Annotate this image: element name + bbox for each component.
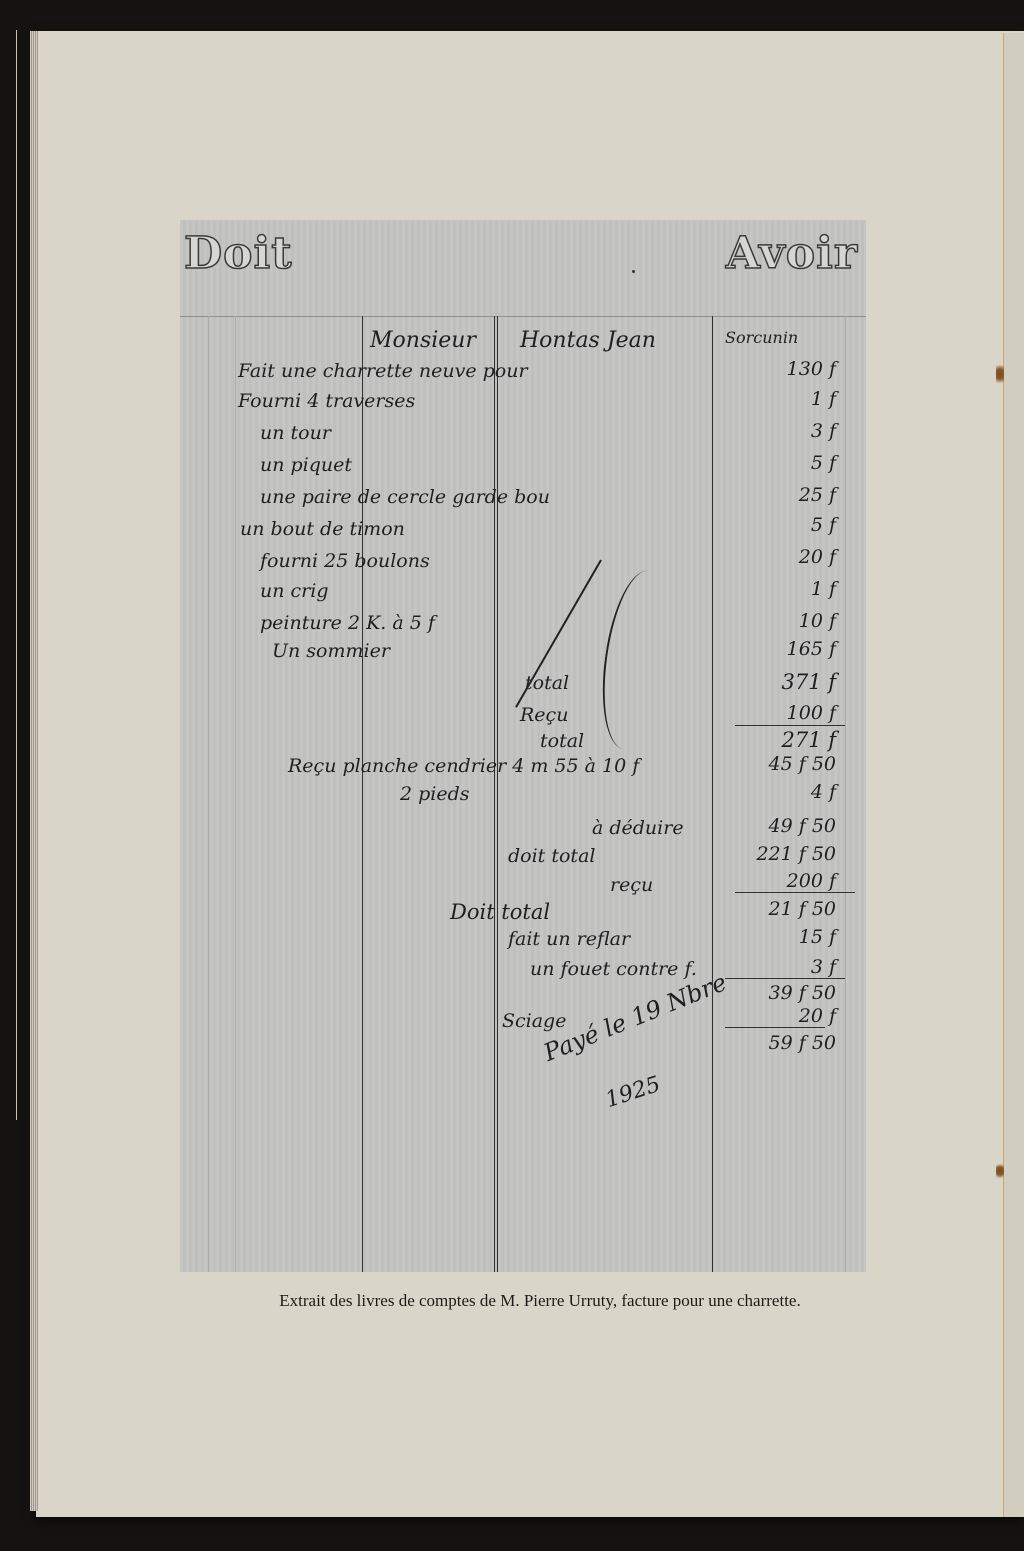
- column-double-rule: [494, 316, 495, 1272]
- ledger-heading-doit: Doit: [184, 228, 293, 279]
- ledger-entry: peinture 2 K. à 5 f: [260, 612, 435, 634]
- account-name: Hontas Jean: [520, 328, 656, 353]
- ledger-amount: 371 f: [781, 670, 836, 694]
- ledger-entry: un bout de timon: [240, 518, 405, 540]
- rust-stain: [996, 362, 1004, 386]
- ledger-amount: 5 f: [811, 452, 836, 474]
- column-double-rule: [497, 316, 498, 1272]
- ledger-entry: 2 pieds: [400, 783, 470, 805]
- ledger-entry: reçu: [610, 874, 653, 896]
- ledger-amount: 1 f: [811, 578, 836, 600]
- ledger-header-rule: [180, 316, 866, 317]
- ledger-entry: une paire de cercle garde bou: [260, 486, 550, 508]
- ledger-total-label: Doit total: [450, 900, 550, 924]
- ledger-amount: 25 f: [799, 484, 836, 506]
- ledger-amount: 165 f: [787, 638, 836, 660]
- ledger-entry: fait un reflar: [508, 928, 630, 950]
- margin-rule: [208, 316, 209, 1272]
- ledger-entry: Reçu planche cendrier 4 m 55 à 10 f: [288, 755, 639, 777]
- ledger-amount: 221 f 50: [756, 843, 836, 865]
- ledger-entry: un tour: [260, 422, 331, 444]
- ledger-total-label: doit total: [508, 845, 595, 867]
- column-rule: [362, 316, 363, 1272]
- ledger-amount: 21 f 50: [769, 898, 836, 920]
- ledger-amount: 130 f: [787, 358, 836, 380]
- ledger-amount: 100 f: [787, 702, 836, 724]
- ledger-grand-total: 59 f 50: [769, 1032, 836, 1054]
- ledger-amount: 20 f: [799, 546, 836, 568]
- rust-stain: [996, 1162, 1004, 1180]
- ledger-amount: 39 f 50: [769, 982, 836, 1004]
- ledger-entry: Reçu: [520, 704, 568, 726]
- ledger-entry: Sciage: [502, 1010, 566, 1032]
- ledger-entry: Fourni 4 traverses: [238, 390, 415, 412]
- ledger-amount: 200 f: [787, 870, 836, 892]
- ledger-amount: 20 f: [799, 1005, 836, 1027]
- margin-rule: [235, 316, 236, 1272]
- ledger-entry: à déduire: [592, 817, 684, 839]
- ledger-amount: 3 f: [811, 420, 836, 442]
- ledger-amount: 4 f: [811, 781, 836, 803]
- ledger-entry: Un sommier: [272, 640, 390, 662]
- ledger-amount: 3 f: [811, 956, 836, 978]
- ledger-total-label: total: [525, 672, 569, 694]
- ledger-entry: un fouet contre f.: [530, 958, 697, 980]
- account-place: Sorcunin: [725, 328, 798, 347]
- ledger-amount: 1 f: [811, 388, 836, 410]
- account-title: Monsieur: [370, 328, 476, 353]
- ledger-entry: Fait une charrette neuve pour: [238, 360, 528, 382]
- ledger-entry: fourni 25 boulons: [260, 550, 430, 572]
- figure-caption: Extrait des livres de comptes de M. Pier…: [180, 1291, 900, 1311]
- ledger-photograph: Doit Avoir Monsieur Hontas Jean Sorcunin…: [180, 220, 866, 1272]
- ledger-amount: 49 f 50: [769, 815, 836, 837]
- facing-page-edge: [1004, 33, 1024, 1517]
- ledger-amount: 271 f: [781, 728, 836, 752]
- margin-rule: [845, 316, 846, 1272]
- ledger-amount: 10 f: [799, 610, 836, 632]
- page-edges: [30, 31, 38, 1511]
- ledger-heading-avoir: Avoir: [726, 228, 858, 279]
- ledger-total-label: total: [540, 730, 584, 752]
- ledger-amount: 45 f 50: [769, 753, 836, 775]
- ledger-entry: un crig: [260, 580, 328, 602]
- amount-column-rule: [712, 316, 713, 1272]
- ledger-entry: un piquet: [260, 454, 352, 476]
- ledger-amount: 15 f: [799, 926, 836, 948]
- ledger-amount: 5 f: [811, 514, 836, 536]
